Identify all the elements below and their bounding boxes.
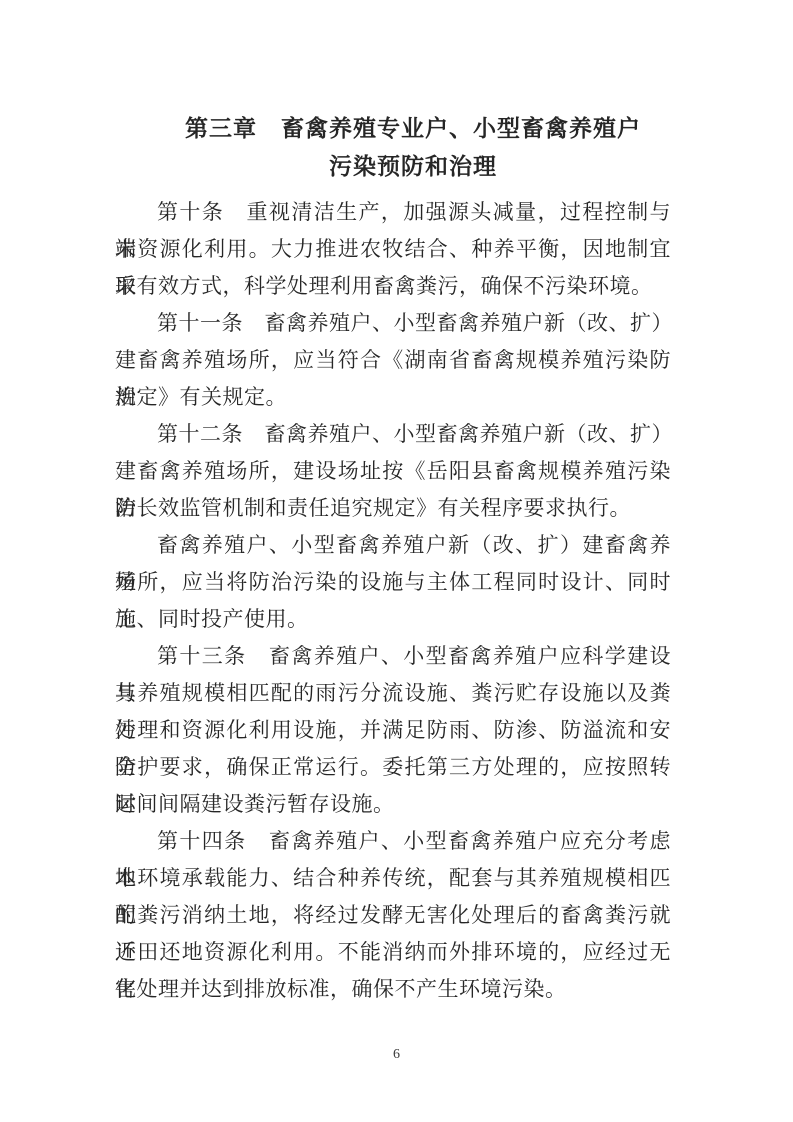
text-line: 建畜禽养殖场所，应当符合《湖南省畜禽规模养殖污染防治 bbox=[115, 342, 671, 379]
document-content: 第三章 畜禽养殖专业户、小型畜禽养殖户 污染预防和治理 第十条 重视清洁生产，加… bbox=[115, 110, 671, 1008]
text-line: 防护要求，确保正常运行。委托第三方处理的，应按照转运 bbox=[115, 749, 671, 786]
text-line: 第十条 重视清洁生产，加强源头减量，过程控制与末 bbox=[115, 194, 671, 231]
text-line: 端资源化利用。大力推进农牧结合、种养平衡，因地制宜采 bbox=[115, 231, 671, 268]
page-number: 6 bbox=[0, 1046, 793, 1064]
text-line: 的粪污消纳土地，将经过发酵无害化处理后的畜禽粪污就近 bbox=[115, 897, 671, 934]
text-line: 还田还地资源化利用。不能消纳而外排环境的，应经过无害 bbox=[115, 934, 671, 971]
document-page: 第三章 畜禽养殖专业户、小型畜禽养殖户 污染预防和治理 第十条 重视清洁生产，加… bbox=[0, 0, 793, 1122]
text-line: 场所，应当将防治污染的设施与主体工程同时设计、同时施 bbox=[115, 564, 671, 601]
text-line: 取有效方式，科学处理利用畜禽粪污，确保不污染环境。 bbox=[115, 268, 671, 305]
text-line: 其养殖规模相匹配的雨污分流设施、粪污贮存设施以及粪污 bbox=[115, 675, 671, 712]
text-line: 第十四条 畜禽养殖户、小型畜禽养殖户应充分考虑本 bbox=[115, 823, 671, 860]
text-line: 规定》有关规定。 bbox=[115, 379, 671, 416]
text-line: 治长效监管机制和责任追究规定》有关程序要求执行。 bbox=[115, 490, 671, 527]
chapter-title-line-1: 第三章 畜禽养殖专业户、小型畜禽养殖户 bbox=[135, 110, 691, 148]
text-line: 建畜禽养殖场所，建设场址按《岳阳县畜禽规模养殖污染防 bbox=[115, 453, 671, 490]
text-line: 第十二条 畜禽养殖户、小型畜禽养殖户新（改、扩） bbox=[115, 416, 671, 453]
text-line: 工、同时投产使用。 bbox=[115, 601, 671, 638]
text-line: 第十三条 畜禽养殖户、小型畜禽养殖户应科学建设与 bbox=[115, 638, 671, 675]
text-line: 地环境承载能力、结合种养传统，配套与其养殖规模相匹配 bbox=[115, 860, 671, 897]
text-line: 时间间隔建设粪污暂存设施。 bbox=[115, 786, 671, 823]
text-line: 畜禽养殖户、小型畜禽养殖户新（改、扩）建畜禽养殖 bbox=[115, 527, 671, 564]
text-line: 第十一条 畜禽养殖户、小型畜禽养殖户新（改、扩） bbox=[115, 305, 671, 342]
document-body: 第十条 重视清洁生产，加强源头减量，过程控制与末端资源化利用。大力推进农牧结合、… bbox=[115, 194, 671, 1008]
text-line: 处理和资源化利用设施，并满足防雨、防渗、防溢流和安全 bbox=[115, 712, 671, 749]
chapter-title-line-2: 污染预防和治理 bbox=[135, 148, 691, 186]
text-line: 化处理并达到排放标准，确保不产生环境污染。 bbox=[115, 971, 671, 1008]
